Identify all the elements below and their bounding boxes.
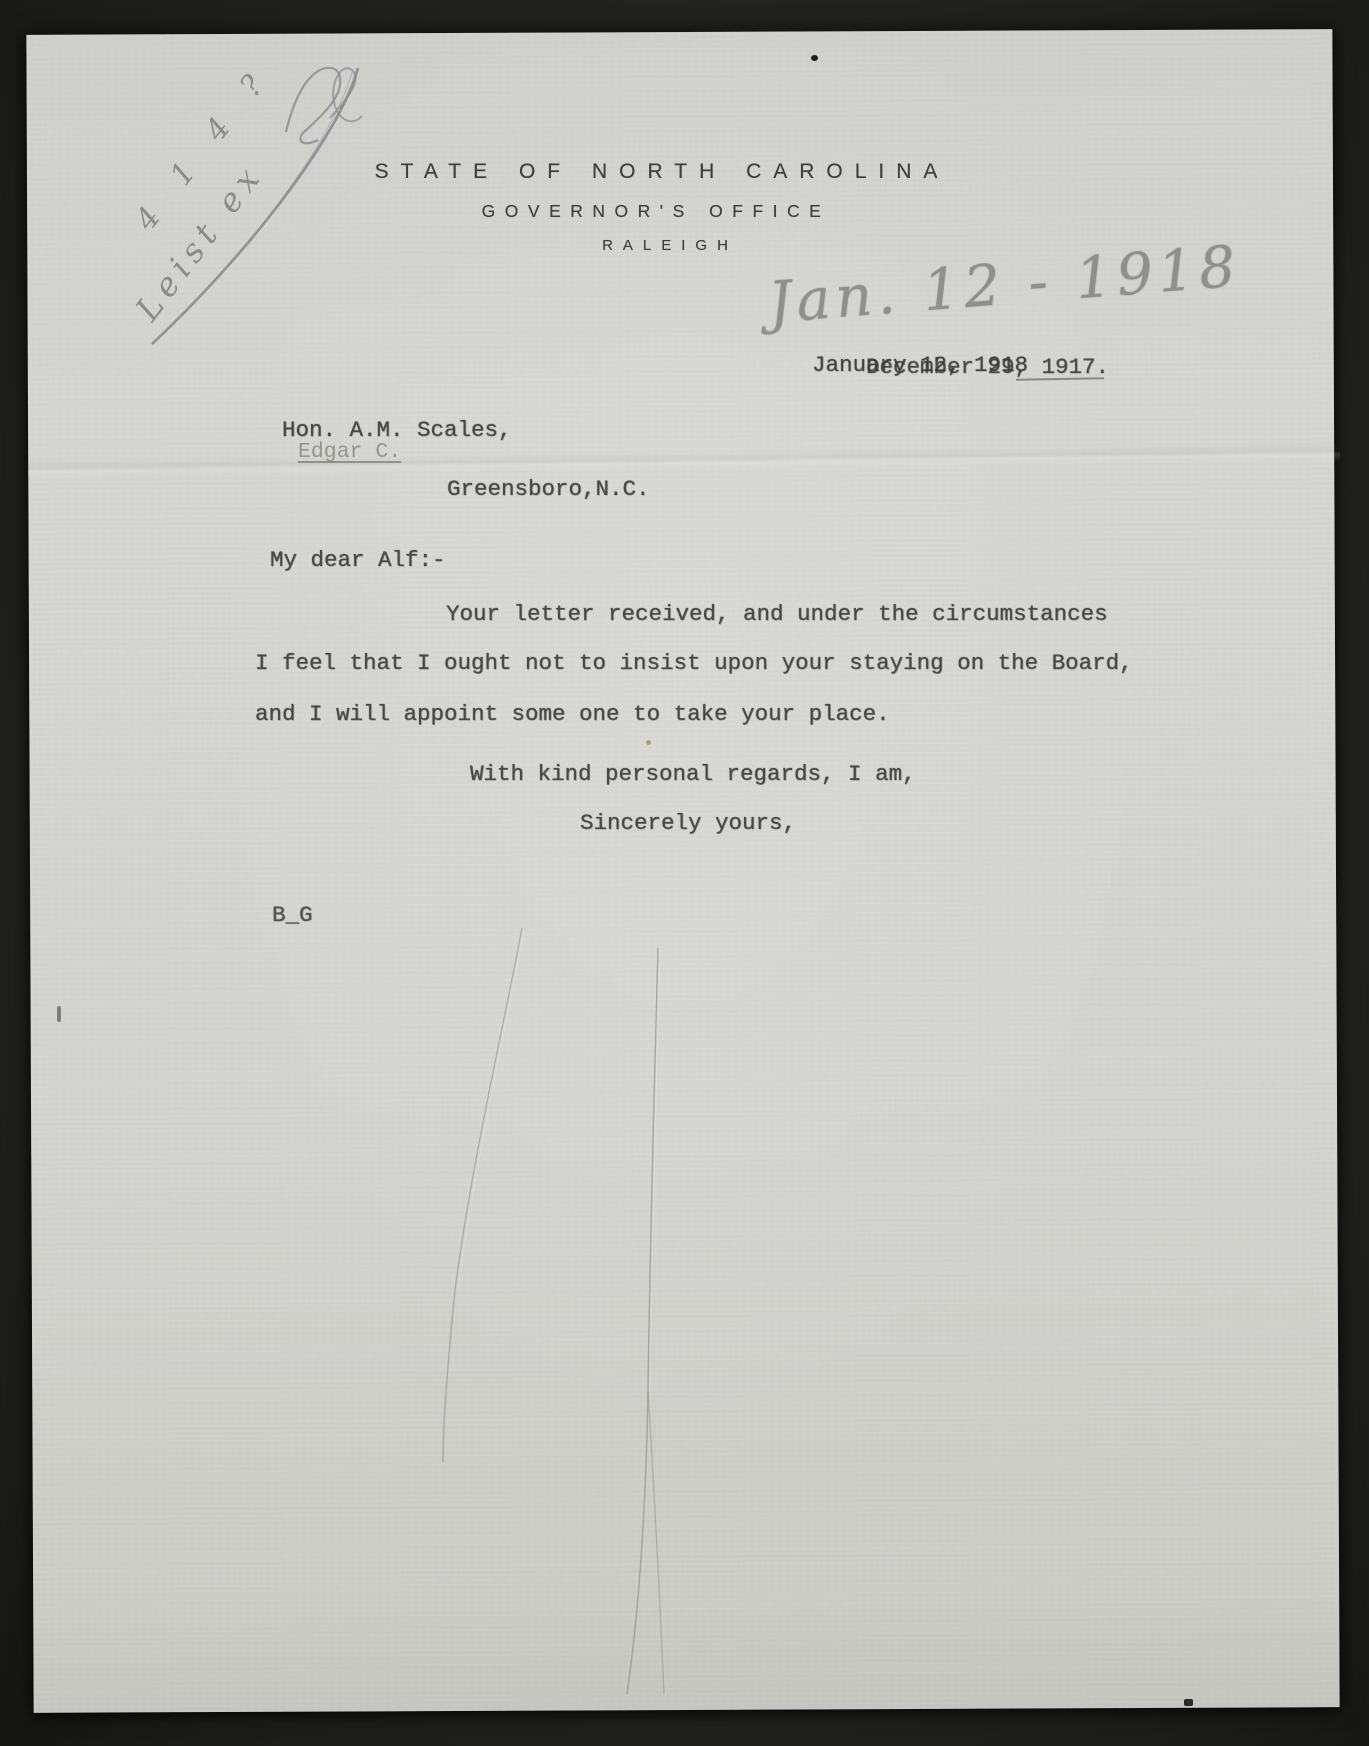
paper-speck — [646, 740, 651, 745]
typist-initials: B_G — [272, 903, 313, 928]
body-line: I feel that I ought not to insist upon y… — [255, 651, 1133, 676]
body-line: and I will appoint some one to take your… — [255, 702, 890, 727]
letterhead-city-line: RALEIGH — [602, 237, 738, 254]
photo-background: STATE OF NORTH CAROLINA GOVERNOR'S OFFIC… — [0, 0, 1369, 1746]
paper-speck — [811, 55, 818, 61]
recipient-name-correction: Edgar C. — [298, 440, 401, 465]
letterhead-state-line: STATE OF NORTH CAROLINA — [375, 160, 950, 184]
closing-sincerely: Sincerely yours, — [580, 811, 796, 836]
paper-speck — [57, 1006, 61, 1022]
closing-regards: With kind personal regards, I am, — [470, 762, 916, 787]
paper-speck — [1184, 1699, 1193, 1706]
letterhead-office-line: GOVERNOR'S OFFICE — [482, 201, 831, 222]
typed-date-correction: January 12, 1918 — [812, 353, 1028, 378]
salutation: My dear Alf:- — [270, 548, 446, 573]
recipient-city: Greensboro,N.C. — [447, 477, 650, 502]
body-line: Your letter received, and under the circ… — [446, 602, 1108, 627]
